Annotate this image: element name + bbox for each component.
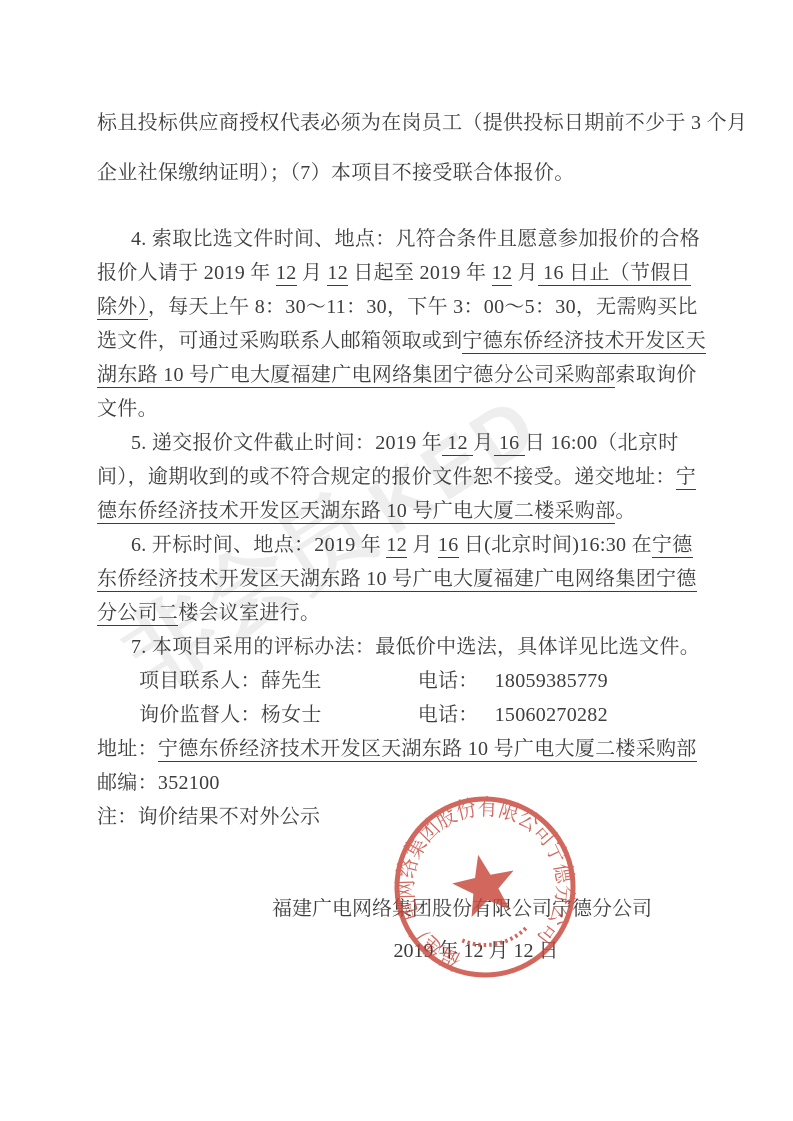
document-line: 6. 开标时间、地点：2019 年 12 月 16 日(北京时间)16:30 在… xyxy=(97,528,707,562)
text-run: 地址： xyxy=(97,738,158,760)
text-run: 企业社保缴纳证明）；（7）本项目不接受联合体报价。 xyxy=(97,162,575,184)
text-run: 楼会议室进行。 xyxy=(178,602,320,624)
document-line: 分公司二楼会议室进行。 xyxy=(97,596,707,630)
text-run: 。 xyxy=(615,500,635,522)
underlined-text: 德东侨经济技术开发区天湖东路 10 号广电大厦二楼采购部 xyxy=(97,500,615,524)
signature-company: 福建广电网络集团股份有限公司宁德分公司 xyxy=(272,888,652,930)
document-line: 邮编：352100 xyxy=(97,766,707,800)
underlined-text: 宁德 xyxy=(652,534,693,558)
underlined-text: 宁德东侨经济技术开发区天湖东路 10 号广电大厦二楼采购部 xyxy=(158,738,697,762)
text-run: 标且投标供应商授权代表必须为在岗员工（提供投标日期前不少于 3 个月 xyxy=(97,112,747,134)
text-run: 15060270282 xyxy=(495,704,608,726)
document-line: 7. 本项目采用的评标办法：最低价中选法，具体详见比选文件。 xyxy=(97,630,707,664)
document-line: 企业社保缴纳证明）；（7）本项目不接受联合体报价。 xyxy=(97,148,707,198)
underlined-text: 16 日止（节假日 xyxy=(538,262,691,286)
text-run: 4. 索取比选文件时间、地点：凡符合条件且愿意参加报价的合格 xyxy=(131,228,700,250)
text-run: 文件。 xyxy=(97,398,158,420)
text-run: 索取询价 xyxy=(615,364,696,386)
underlined-text: 12 xyxy=(442,432,473,456)
text-run: 7. 本项目采用的评标办法：最低价中选法，具体详见比选文件。 xyxy=(131,636,700,658)
text-run: 18059385779 xyxy=(495,670,608,692)
document-line: 注：询价结果不对外公示 xyxy=(97,800,707,834)
text-run: 月 xyxy=(473,432,493,454)
text-run: 月 xyxy=(512,262,538,284)
underlined-text: 12 xyxy=(327,262,348,286)
text-run: 电话： xyxy=(418,670,479,692)
signature-block: 福建广电网络集团股份有限公司宁德分公司 2019 年 12 月 12 日 xyxy=(272,888,652,972)
text-run: 月 xyxy=(297,262,328,284)
text-run: 报价人请于 2019 年 xyxy=(97,262,276,284)
text-run: 选文件，可通过采购联系人邮箱领取或到 xyxy=(97,330,462,352)
underlined-text: 分公司二 xyxy=(97,602,178,626)
document-line: 4. 索取比选文件时间、地点：凡符合条件且愿意参加报价的合格 xyxy=(97,222,707,256)
document-line: 地址：宁德东侨经济技术开发区天湖东路 10 号广电大厦二楼采购部 xyxy=(97,732,707,766)
document-line: 项目联系人：薛先生电话：18059385779 xyxy=(97,664,707,698)
text-run: 日起至 2019 年 xyxy=(348,262,492,284)
document-line: 文件。 xyxy=(97,392,707,426)
document-line: 间），逾期收到的或不符合规定的报价文件恕不接受。递交地址：宁 xyxy=(97,460,707,494)
document-page: 非会员KED 标且投标供应商授权代表必须为在岗员工（提供投标日期前不少于 3 个… xyxy=(0,0,793,1121)
underlined-text: 16 xyxy=(438,534,459,558)
text-run: 月 xyxy=(407,534,438,556)
document-line: 标且投标供应商授权代表必须为在岗员工（提供投标日期前不少于 3 个月 xyxy=(97,98,707,148)
text-run: 注：询价结果不对外公示 xyxy=(97,806,320,828)
document-line: 德东侨经济技术开发区天湖东路 10 号广电大厦二楼采购部。 xyxy=(97,494,707,528)
underlined-text: 12 xyxy=(276,262,297,286)
text-run: ，每天上午 8：30～11：30，下午 3：00～5：30，无需购买比 xyxy=(148,296,698,318)
text-run: 日(北京时间)16:30 在 xyxy=(459,534,652,556)
underlined-text: 16 xyxy=(494,432,525,456)
signature-date: 2019 年 12 月 12 日 xyxy=(300,930,652,972)
text-run: 项目联系人：薛先生 xyxy=(139,670,322,692)
text-run: 5. 递交报价文件截止时间：2019 年 xyxy=(131,432,442,454)
text-run: 6. 开标时间、地点：2019 年 xyxy=(131,534,386,556)
document-line: 询价监督人：杨女士电话：15060270282 xyxy=(97,698,707,732)
text-run: 电话： xyxy=(418,704,479,726)
underlined-text: 除外） xyxy=(97,296,148,320)
text-run: 日 16:00（北京时 xyxy=(525,432,679,454)
document-line: 湖东路 10 号广电大厦福建广电网络集团宁德分公司采购部索取询价 xyxy=(97,358,707,392)
underlined-text: 东侨经济技术开发区天湖东路 10 号广电大厦福建广电网络集团宁德 xyxy=(97,568,697,592)
document-body: 标且投标供应商授权代表必须为在岗员工（提供投标日期前不少于 3 个月企业社保缴纳… xyxy=(0,0,793,834)
document-line: 除外），每天上午 8：30～11：30，下午 3：00～5：30，无需购买比 xyxy=(97,290,707,324)
underlined-text: 宁 xyxy=(676,466,696,490)
document-line: 报价人请于 2019 年 12 月 12 日起至 2019 年 12 月 16 … xyxy=(97,256,707,290)
underlined-text: 宁德东侨经济技术开发区天 xyxy=(462,330,706,354)
underlined-text: 12 xyxy=(386,534,407,558)
text-run: 间），逾期收到的或不符合规定的报价文件恕不接受。递交地址： xyxy=(97,466,676,488)
document-line: 选文件，可通过采购联系人邮箱领取或到宁德东侨经济技术开发区天 xyxy=(97,324,707,358)
underlined-text: 湖东路 10 号广电大厦福建广电网络集团宁德分公司采购部 xyxy=(97,364,615,388)
text-run: 询价监督人：杨女士 xyxy=(139,704,322,726)
document-line: 东侨经济技术开发区天湖东路 10 号广电大厦福建广电网络集团宁德 xyxy=(97,562,707,596)
text-run: 邮编：352100 xyxy=(97,772,220,794)
underlined-text: 12 xyxy=(492,262,513,286)
document-line: 5. 递交报价文件截止时间：2019 年 12 月 16 日 16:00（北京时 xyxy=(97,426,707,460)
